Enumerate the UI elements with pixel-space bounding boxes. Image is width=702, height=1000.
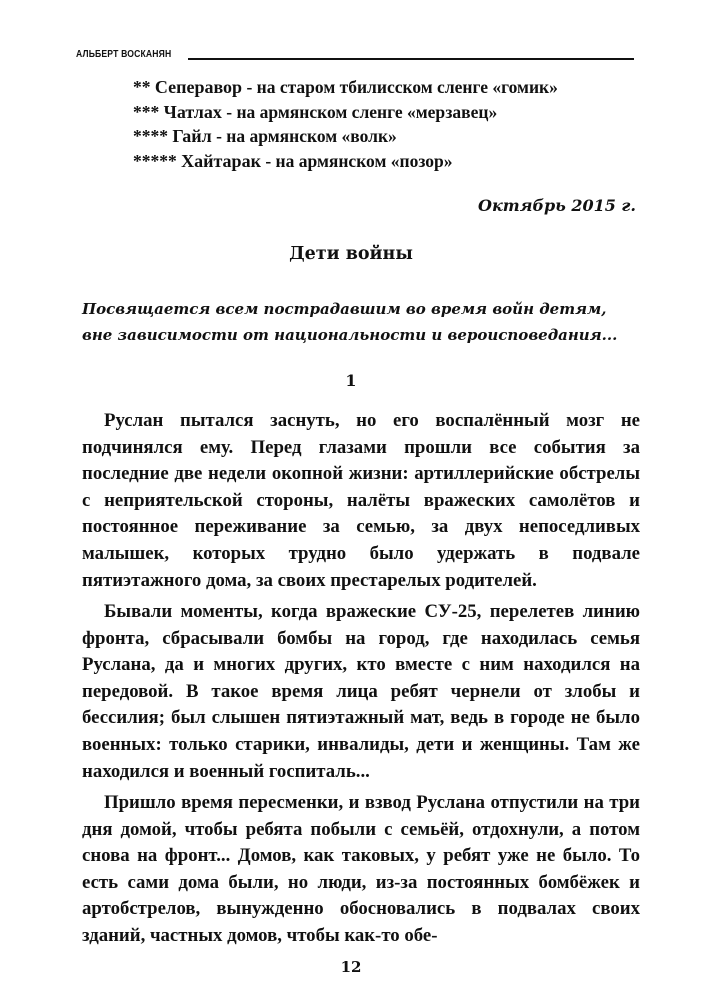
footnote-description: - на армянском сленге «мерзавец» xyxy=(222,102,497,122)
story-title: Дети войны xyxy=(0,244,702,264)
footnote-marker: ***** xyxy=(133,151,177,171)
footnote-term: Хайтарак xyxy=(181,151,261,171)
footnote: ***** Хайтарак - на армянском «позор» xyxy=(133,149,558,174)
footnote-marker: *** xyxy=(133,102,159,122)
footnote-description: - на старом тбилисском сленге «гомик» xyxy=(242,77,558,97)
footnote: **** Гайл - на армянском «волк» xyxy=(133,124,558,149)
footnote: *** Чатлах - на армянском сленге «мерзав… xyxy=(133,100,558,125)
page-number: 12 xyxy=(0,958,702,976)
chapter-number: 1 xyxy=(0,371,702,390)
author-name: АЛЬБЕРТ ВОСКАНЯН xyxy=(76,48,171,60)
footnote-term: Гайл xyxy=(172,126,211,146)
footnote-marker: ** xyxy=(133,77,151,97)
footnotes: ** Сеперавор - на старом тбилисском слен… xyxy=(133,75,558,173)
paragraph: Руслан пытался заснуть, но его воспалённ… xyxy=(82,408,640,594)
running-header: АЛЬБЕРТ ВОСКАНЯН xyxy=(76,44,634,64)
footnote-description: - на армянском «волк» xyxy=(212,126,397,146)
paragraph: Пришло время пересменки, и взвод Руслана… xyxy=(82,790,640,950)
footnote-term: Чатлах xyxy=(164,102,222,122)
header-rule xyxy=(188,58,634,60)
dedication: Посвящается всем пострадавшим во время в… xyxy=(82,296,642,348)
footnote: ** Сеперавор - на старом тбилисском слен… xyxy=(133,75,558,100)
footnote-marker: **** xyxy=(133,126,168,146)
paragraph: Бывали моменты, когда вражеские СУ-25, п… xyxy=(82,599,640,785)
footnote-description: - на армянском «позор» xyxy=(261,151,453,171)
date-signature: Октябрь 2015 г. xyxy=(478,196,636,215)
footnote-term: Сеперавор xyxy=(155,77,242,97)
